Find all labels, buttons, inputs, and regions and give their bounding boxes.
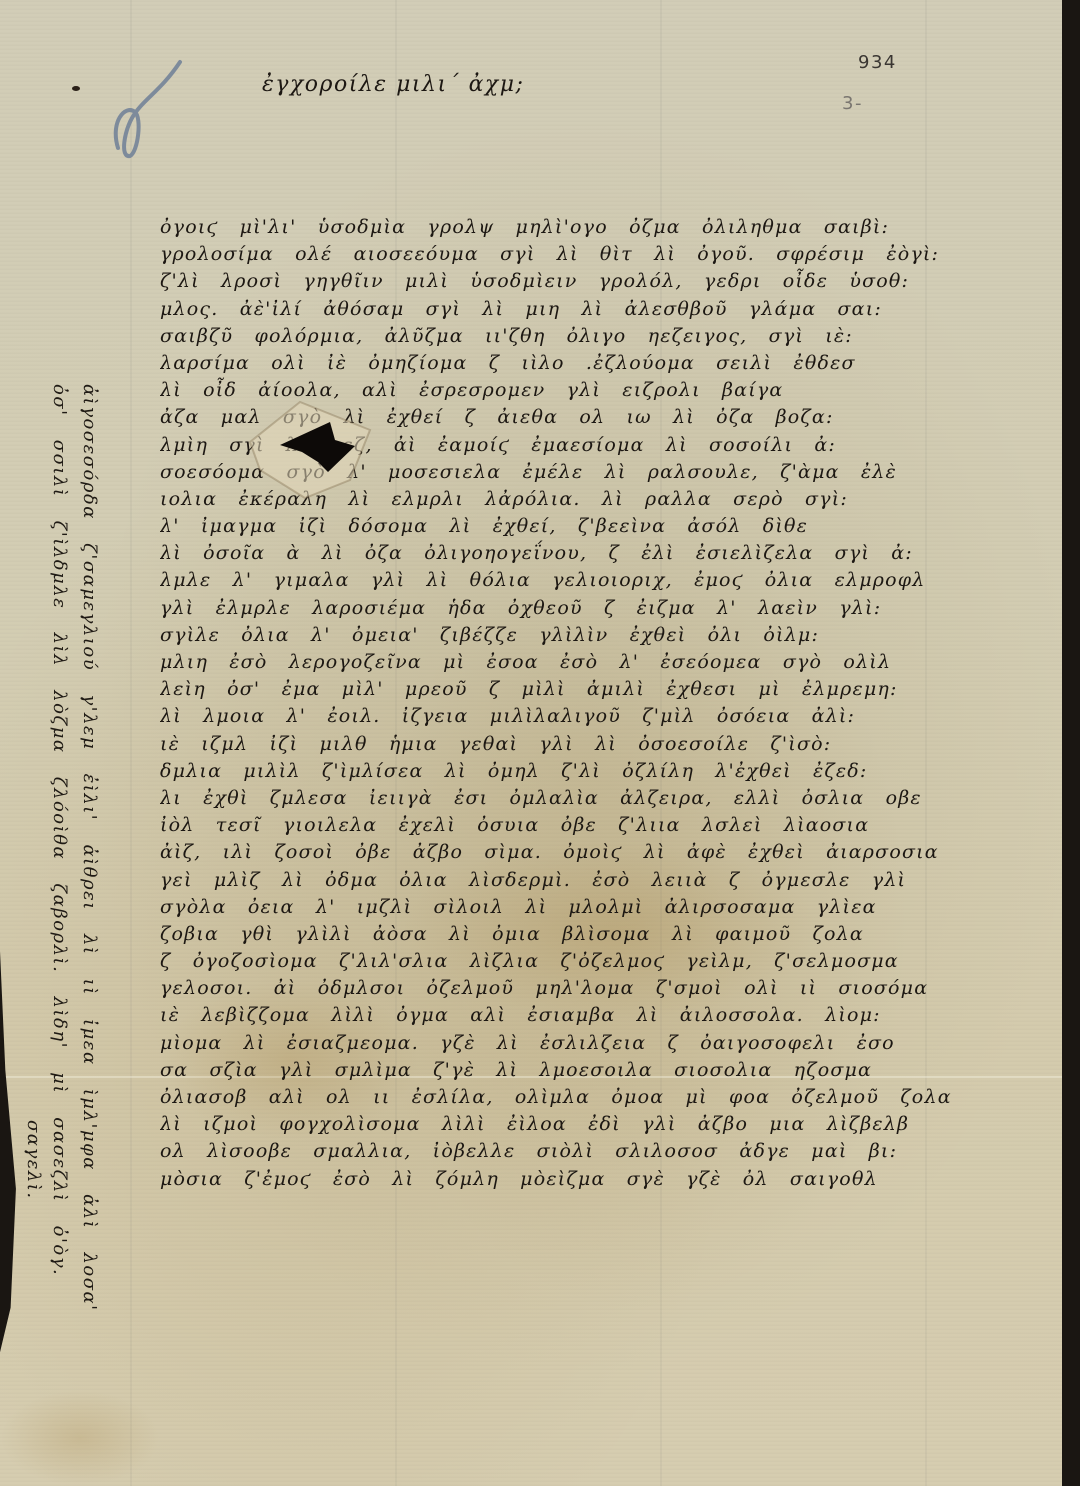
text-line: ζ'λὶ λροσὶ γηγθῖιν μιλὶ ὑσοδμὶειν γρολόλ… — [160, 268, 1060, 295]
text-line: ολ λὶσοοβε σμαλλια, ἰὸβελλε σιὸλὶ σλιλοσ… — [160, 1138, 1060, 1165]
text-line: ιὲ ιζμλ ἰζὶ μιλθ ἡμια γεθαὶ γλὶ λὶ ὀσοεσ… — [160, 731, 1060, 758]
text-line: λεὶη ὀσ' ἐμα μὶλ' μρεοῦ ζ μὶλὶ ἀμιλὶ ἐχθ… — [160, 676, 1060, 703]
text-line: λὶ ιζμοὶ φογχολὶσομα λὶλὶ ἐὶλοα ἐδὶ γλὶ … — [160, 1111, 1060, 1138]
text-line: γελοσοι. ἀὶ ὀδμλσοι ὀζελμοῦ μηλ'λομα ζ'σ… — [160, 975, 1060, 1002]
blue-pencil-mark-icon — [80, 52, 190, 162]
folio-number: 934 — [858, 52, 897, 73]
letter-body: ὀγοιϛ μὶ'λι' ὑσοδμὶα γρολψ μηλὶ'ογο ὀζμα… — [160, 214, 1060, 1193]
text-line: ἰὸλ τεσῖ γιοιλελα ἐχελὶ ὀσυια ὀβε ζ'λιια… — [160, 812, 1060, 839]
ink-dot — [72, 86, 80, 91]
text-line: γεὶ μλὶζ λὶ ὀδμα ὀλια λὶσδερμὶ. ἐσὸ λειι… — [160, 867, 1060, 894]
text-line: μὸσια ζ'ἐμοϛ ἐσὸ λὶ ζόμλη μὸεὶζμα σγὲ γζ… — [160, 1166, 1060, 1193]
text-line: λμλε λ' γιμαλα γλὶ λὶ θόλια γελιοιοριχ, … — [160, 567, 1060, 594]
text-line: λαρσίμα ολὶ ἰὲ ὀμηζίομα ζ ιὶλο .ἐζλούομα… — [160, 350, 1060, 377]
margin-note-line: ὀσ' σσιλὶ ζ'ὶλδμλε λὶλ λὸζμα ζλόοὶθα ζαβ… — [49, 384, 70, 1276]
text-line: μλιη ἐσὸ λερογοζεῖνα μὶ ἐσοα ἐσὸ λ' ἐσεό… — [160, 649, 1060, 676]
text-line: λ' ἰμαγμα ἰζὶ δόσομα λὶ ἐχθεί, ζ'βεεὶνα … — [160, 513, 1060, 540]
text-line: σαιβζῦ φολόρμια, ἀλῦζμα ιι'ζθη ὀλιγο ηεζ… — [160, 323, 1060, 350]
paper-chain-line — [130, 0, 132, 1486]
text-line: σα σζὶα γλὶ σμλὶμα ζ'γὲ λὶ λμοεσοιλα σιο… — [160, 1057, 1060, 1084]
text-line: μλος. ἀὲ'ἰλί ἀθόσαμ σγὶ λὶ μιη λὶ ἀλεσθβ… — [160, 296, 1060, 323]
text-line: λὶ ὀσοῖα ὰ λὶ ὀζα ὀλιγοηογεΐνου, ζ ἐλὶ ἐ… — [160, 540, 1060, 567]
text-line: ἀὶζ, ιλὶ ζοσοὶ ὀβε ἀζβο σὶμα. ὀμοὶϛ λὶ ἀ… — [160, 839, 1060, 866]
text-line: ζ ὀγοζοσὶομα ζ'λιλ'σλια λὶζλια ζ'ὀζελμοϛ… — [160, 948, 1060, 975]
text-line: λὶ λμοια λ' ἐοιλ. ἰζγεια μιλὶλαλιγοῦ ζ'μ… — [160, 703, 1060, 730]
pencil-note: 3- — [842, 93, 863, 114]
text-line: σγὸλα ὀεια λ' ιμζλὶ σὶλοιλ λὶ μλολμὶ ἀλι… — [160, 894, 1060, 921]
text-line: λι ἐχθὶ ζμλεσα ἰειιγὰ ἐσι ὀμλαλὶα ἀλζειρ… — [160, 785, 1060, 812]
text-line: μὶομα λὶ ἐσιαζμεομα. γζὲ λὶ ἐσλιλζεια ζ … — [160, 1030, 1060, 1057]
text-line: γρολοσίμα ολέ αιοσεεόυμα σγὶ λὶ θὶτ λὶ ὀ… — [160, 241, 1060, 268]
text-line: γλὶ ἐλμρλε λαροσιέμα ἡδα ὀχθεοῦ ζ ἐιζμα … — [160, 595, 1060, 622]
text-line: ὀγοιϛ μὶ'λι' ὑσοδμὶα γρολψ μηλὶ'ογο ὀζμα… — [160, 214, 1060, 241]
margin-note-line: ἀὶγοσεσόρδα ζ'σαμεγλιού γ'λεμ ἐὶλι' ἀὶθρ… — [79, 384, 100, 1312]
margin-note-line: σαγελὶ. — [23, 1120, 44, 1200]
text-line: ὀλιασοβ αλὶ ολ ιι ἐσλίλα, ολὶμλα ὀμοα μὶ… — [160, 1084, 1060, 1111]
burn-hole — [230, 400, 380, 500]
text-line: ιὲ λεβὶζζομα λὶλὶ ὀγμα αλὶ ἐσιαμβα λὶ ἀι… — [160, 1002, 1060, 1029]
text-line: δμλια μιλὶλ ζ'ὶμλίσεα λὶ ὀμηλ ζ'λὶ ὀζλίλ… — [160, 758, 1060, 785]
letter-salutation: ἐγχοροίλε μιλι´ ἀχμ; — [262, 72, 524, 97]
text-line: ζοβια γθὶ γλὶλὶ ἀὸσα λὶ ὀμια βλὶσομα λὶ … — [160, 921, 1060, 948]
water-stain — [0, 1390, 160, 1486]
text-line: σγὶλε ὀλια λ' ὀμεια' ζιβέζζε γλὶλὶν ἐχθε… — [160, 622, 1060, 649]
